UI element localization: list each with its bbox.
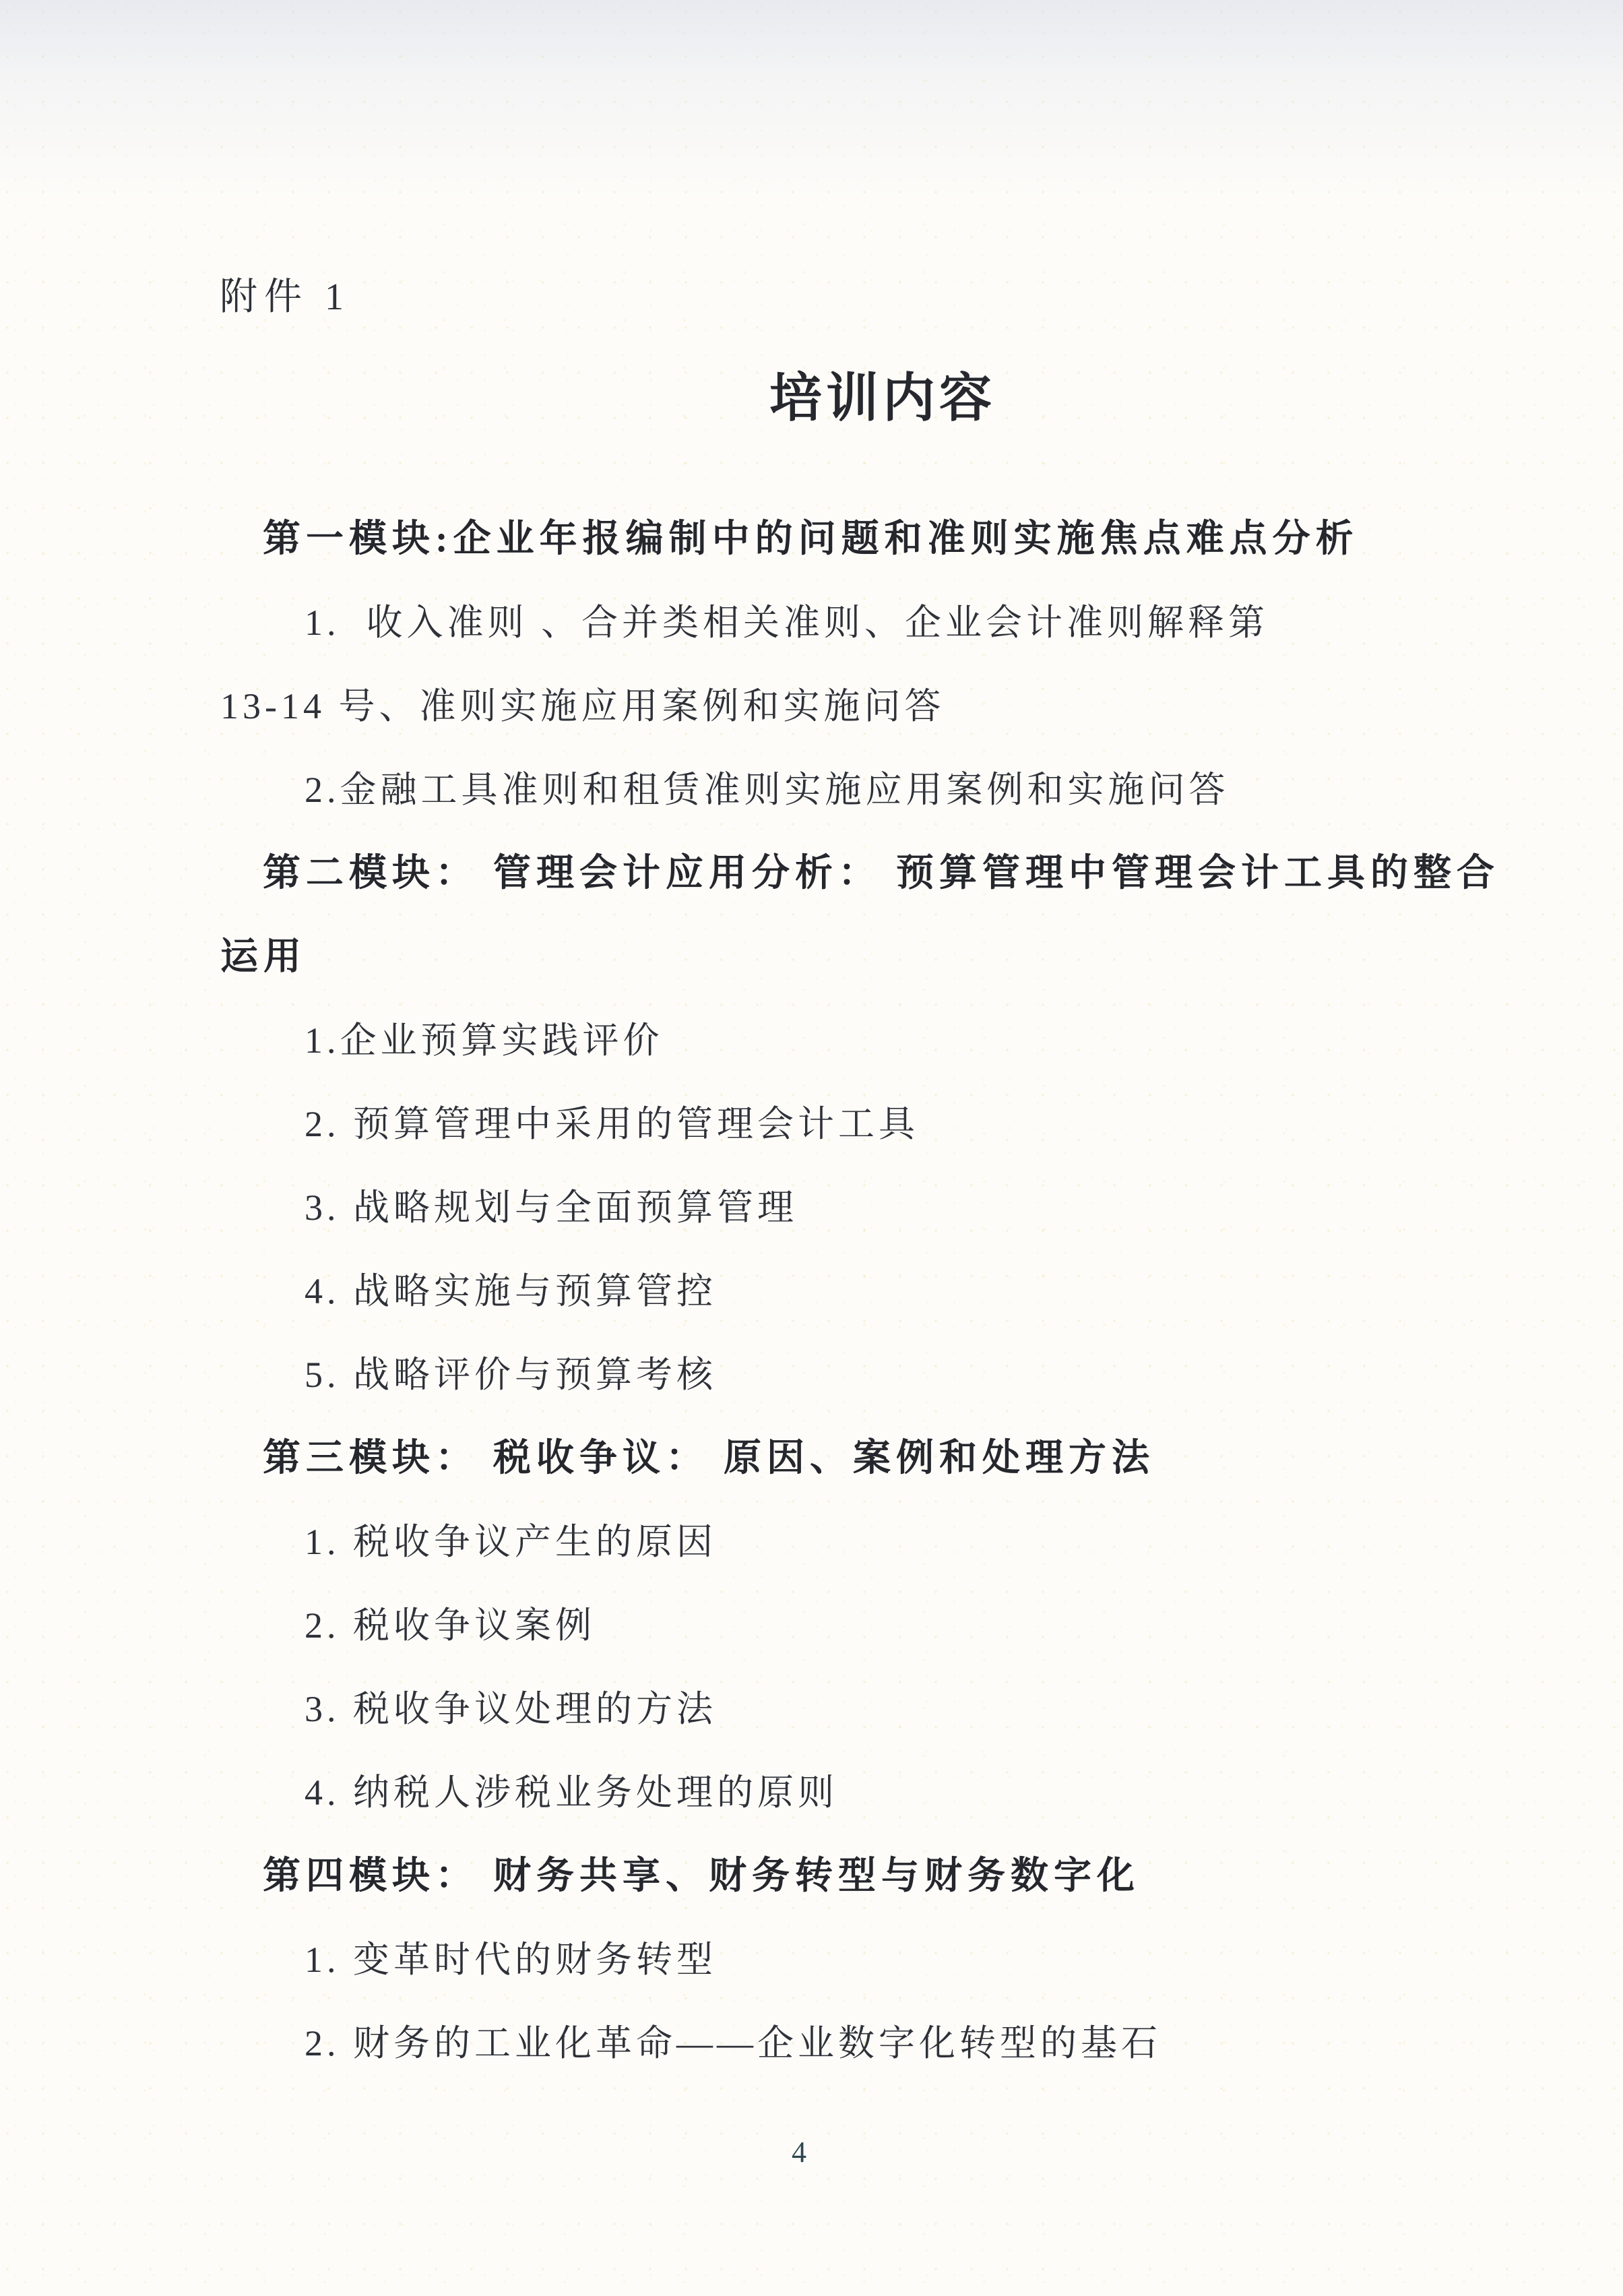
content-line: 3. 战略规划与全面预算管理 [0, 1162, 1623, 1246]
content-line: 1. 收入准则 、合并类相关准则、企业会计准则解释第 [0, 578, 1623, 661]
content-line: 4. 战略实施与预算管控 [0, 1246, 1623, 1330]
page-number: 4 [772, 2135, 826, 2169]
content-line: 1. 税收争议产生的原因 [0, 1497, 1623, 1580]
content-line: 13-14 号、准则实施应用案例和实施问答 [0, 661, 1623, 745]
content-line: 5. 战略评价与预算考核 [0, 1330, 1623, 1413]
content-line: 2. 税收争议案例 [0, 1580, 1623, 1664]
content-line: 2. 财务的工业化革命——企业数字化转型的基石 [0, 1998, 1623, 2082]
content-line: 第四模块： 财务共享、财务转型与财务数字化 [0, 1831, 1623, 1915]
content-line: 第二模块： 管理会计应用分析： 预算管理中管理会计工具的整合 [0, 828, 1623, 912]
content-line: 4. 纳税人涉税业务处理的原则 [0, 1747, 1623, 1831]
content-line: 2. 预算管理中采用的管理会计工具 [0, 1079, 1623, 1162]
attachment-label: 附件 1 [220, 267, 350, 321]
content-line: 1. 变革时代的财务转型 [0, 1915, 1623, 1998]
content-line: 3. 税收争议处理的方法 [0, 1664, 1623, 1747]
content-line: 1.企业预算实践评价 [0, 995, 1623, 1079]
content-line: 第三模块： 税收争议： 原因、案例和处理方法 [0, 1413, 1623, 1497]
content-line: 运用 [0, 912, 1623, 995]
content-line: 第一模块:企业年报编制中的问题和准则实施焦点难点分析 [0, 494, 1623, 578]
content-line: 2.金融工具准则和租赁准则实施应用案例和实施问答 [0, 745, 1623, 828]
page-title: 培训内容 [769, 356, 996, 431]
scanned-document-page: 附件 1 培训内容 第一模块:企业年报编制中的问题和准则实施焦点难点分析1. 收… [0, 0, 1623, 2296]
content-lines: 第一模块:企业年报编制中的问题和准则实施焦点难点分析1. 收入准则 、合并类相关… [0, 494, 1623, 2082]
